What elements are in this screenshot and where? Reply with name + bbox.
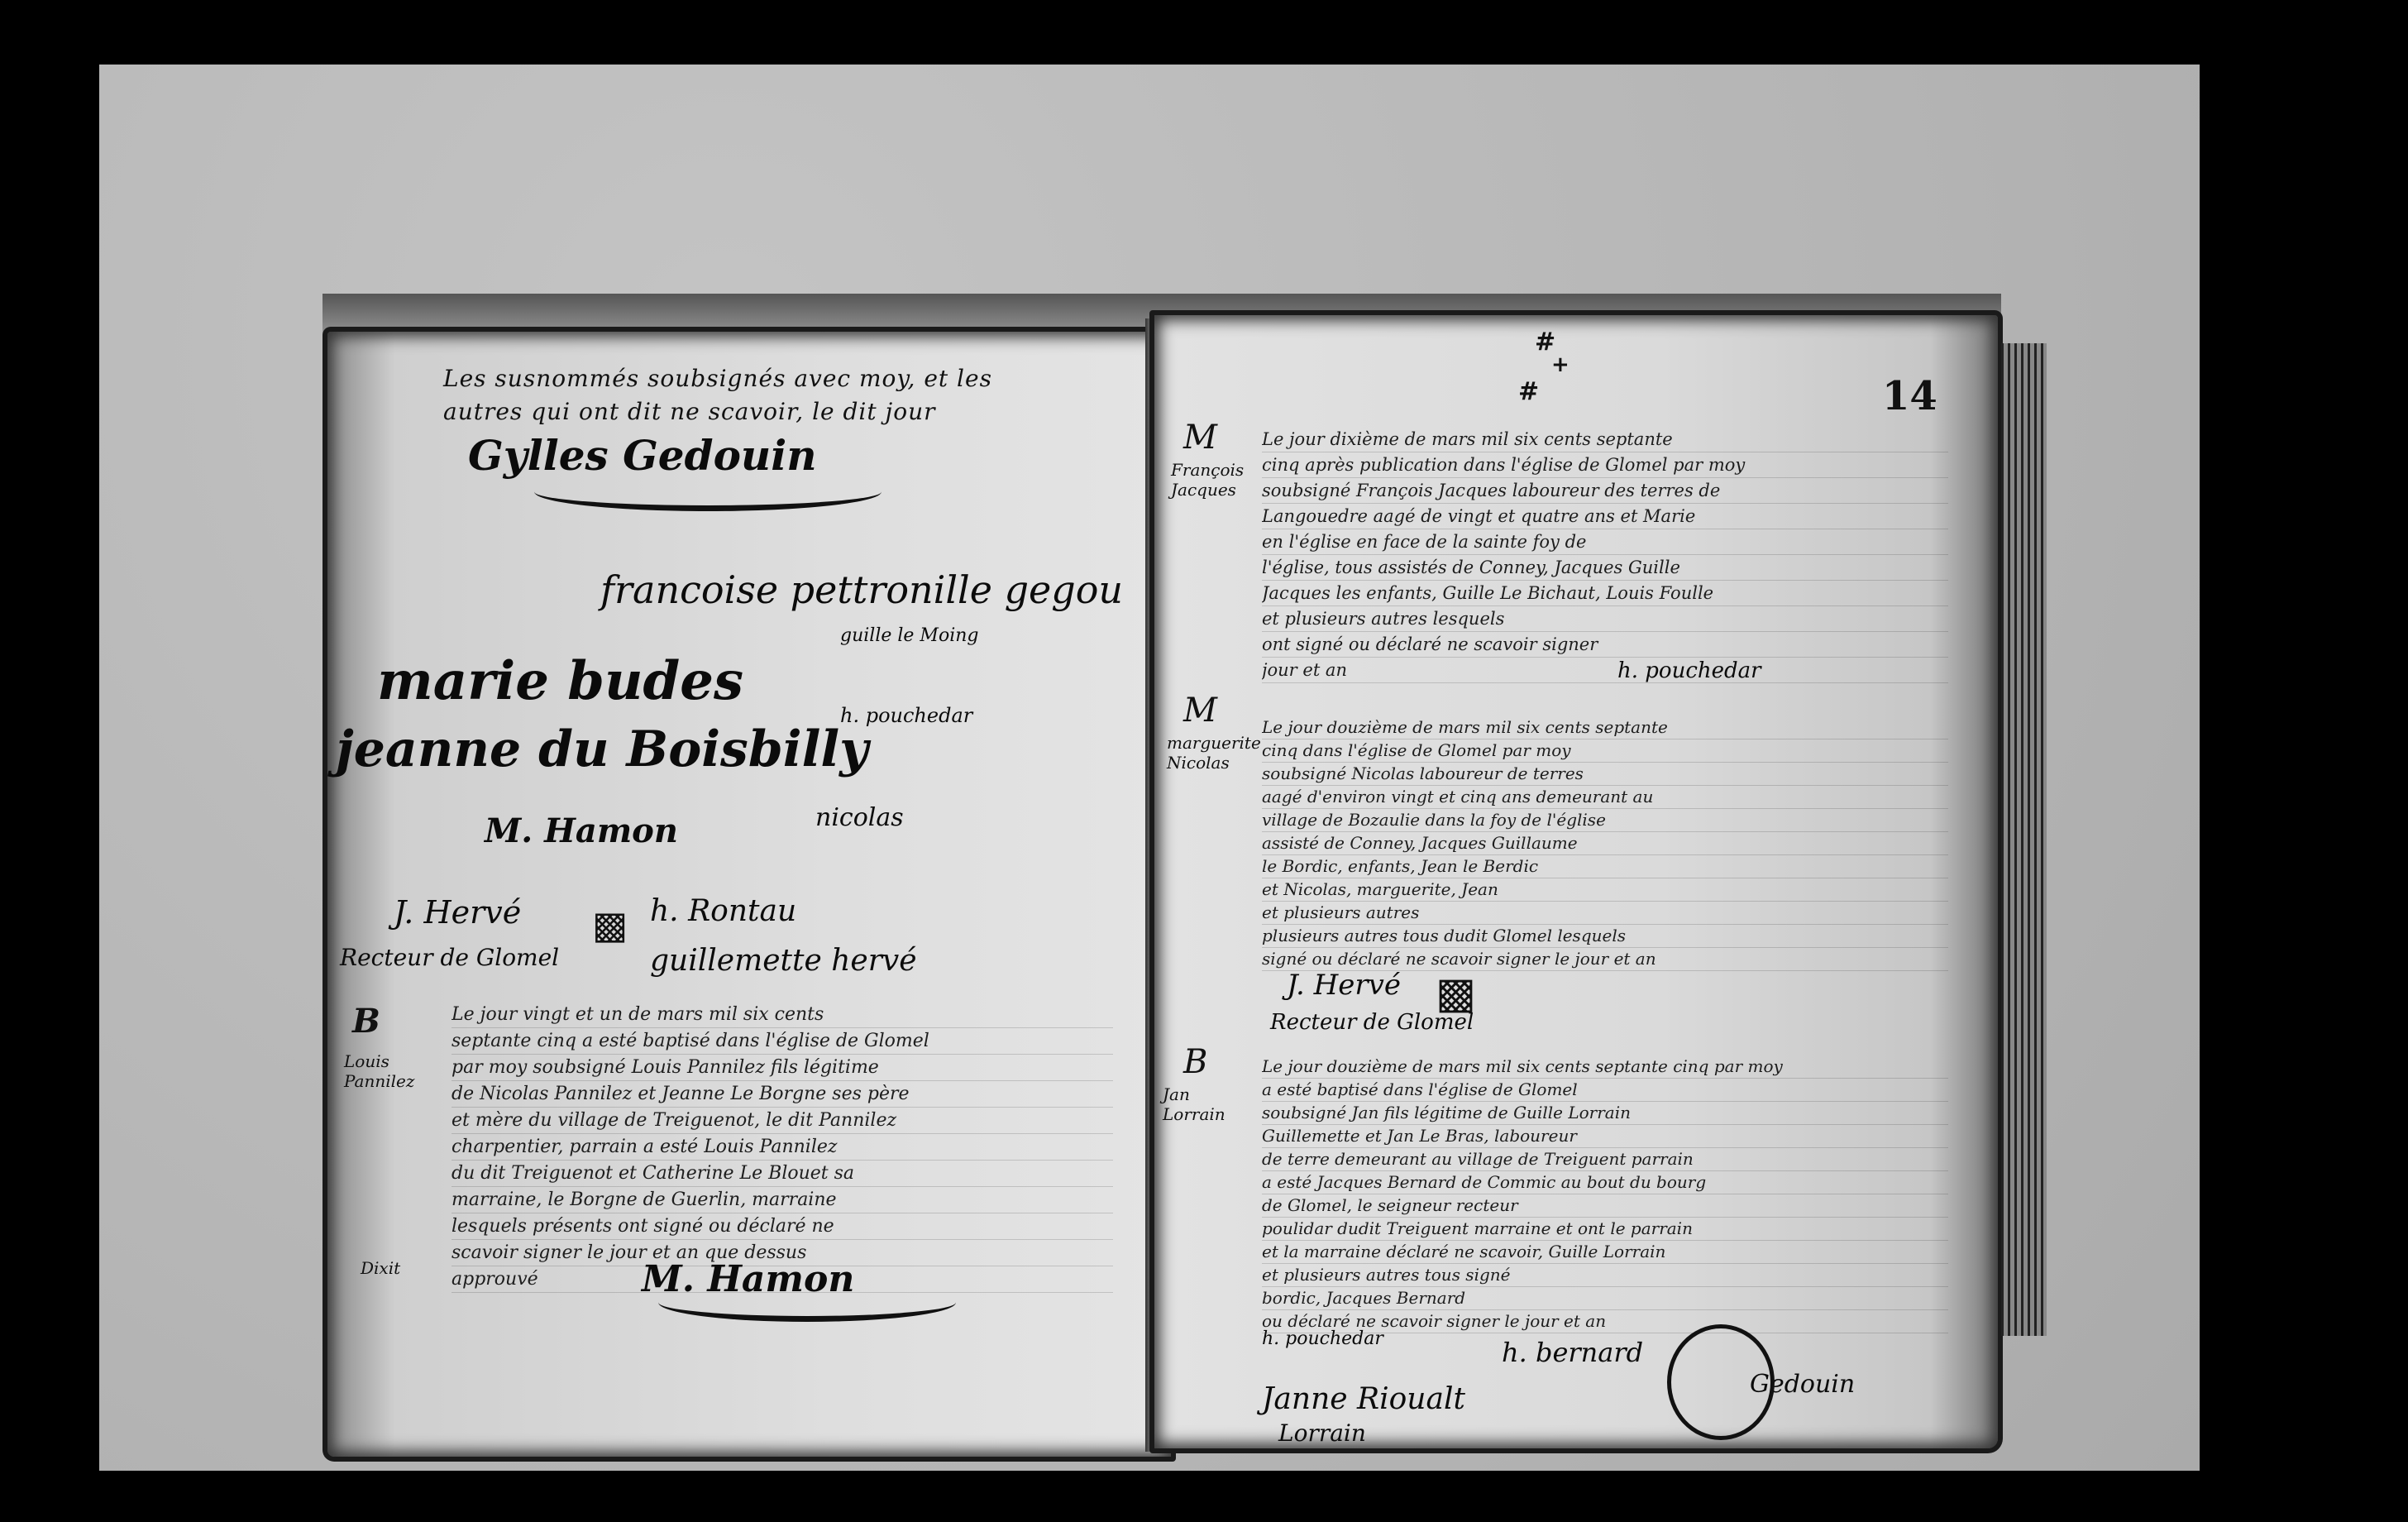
signature-flourish-entry [658, 1283, 956, 1322]
right-entry-1-text: Le jour dixième de mars mil six cents se… [1262, 427, 1948, 683]
header-mark-2: + [1551, 352, 1569, 377]
margin-name-jan-lorrain: Jan Lorrain [1163, 1084, 1254, 1124]
left-top-line-2: autres qui ont dit ne scavoir, le dit jo… [443, 398, 936, 425]
signature-pouchedar-1: h. pouchedar [1617, 658, 1761, 683]
header-mark-3: # [1518, 377, 1539, 406]
signature-loop-flourish [1667, 1324, 1775, 1440]
margin-name-francois-jacques: François Jacques [1171, 460, 1254, 500]
signature-gegou: francoise pettronille gegou [600, 567, 1123, 612]
signature-pouchedar: h. pouchedar [840, 704, 972, 727]
entry-marker-baptism: B [352, 1002, 380, 1041]
signature-marie-budes: marie budes [377, 650, 743, 712]
signature-flourish [534, 472, 881, 511]
signature-pouchedar-2: h. pouchedar [1262, 1328, 1383, 1349]
right-entry-2-text: Le jour douzième de mars mil six cents s… [1262, 716, 1948, 971]
signature-lorrain: Lorrain [1278, 1419, 1366, 1447]
right-entry-3-text: Le jour douzième de mars mil six cents s… [1262, 1055, 1948, 1333]
left-top-line-1: Les susnommés soubsignés avec moy, et le… [443, 365, 992, 392]
left-page: Les susnommés soubsignés avec moy, et le… [322, 327, 1176, 1462]
signature-rioualt: Janne Rioualt [1262, 1382, 1465, 1416]
entry-marker-marriage-1: M [1183, 419, 1217, 457]
margin-note-dixit: Dixit [361, 1258, 400, 1278]
signature-recteur: Recteur de Glomel [340, 944, 559, 971]
signature-le-moing: guille le Moing [840, 625, 978, 646]
signature-guillemette-herve: guillemette hervé [650, 944, 917, 978]
margin-name-louis-pannilez: Louis Pannilez [344, 1051, 418, 1091]
signature-bernard: h. bernard [1502, 1337, 1643, 1368]
entry-marker-marriage-2: M [1183, 692, 1217, 730]
page-number: 14 [1882, 373, 1937, 419]
entry-marker-baptism-right: B [1183, 1043, 1207, 1081]
page-block-edge [2001, 343, 2047, 1336]
left-entry-text: Le jour vingt et un de mars mil six cent… [451, 1002, 1113, 1293]
signature-du-boisbilly: jeanne du Boisbilly [336, 720, 868, 778]
open-register-book: Les susnommés soubsignés avec moy, et le… [314, 294, 2059, 1468]
signature-rontau: h. Rontau [650, 894, 796, 928]
signature-hamon: M. Hamon [485, 811, 678, 850]
signature-nicolas: nicolas [815, 803, 904, 832]
mark-cross-hatch-icon: ▩ [1436, 969, 1476, 1018]
right-page: # + # 14 M François Jacques Le jour dixi… [1149, 310, 2003, 1453]
mark-cross-hatch-icon: ▩ [592, 902, 628, 947]
signature-herve: J. Hervé [394, 894, 521, 931]
signature-gedouin: Gylles Gedouin [468, 431, 817, 480]
signature-herve-right: J. Hervé [1287, 969, 1401, 1002]
margin-name-marguerite-nicolas: marguerite Nicolas [1167, 733, 1249, 773]
